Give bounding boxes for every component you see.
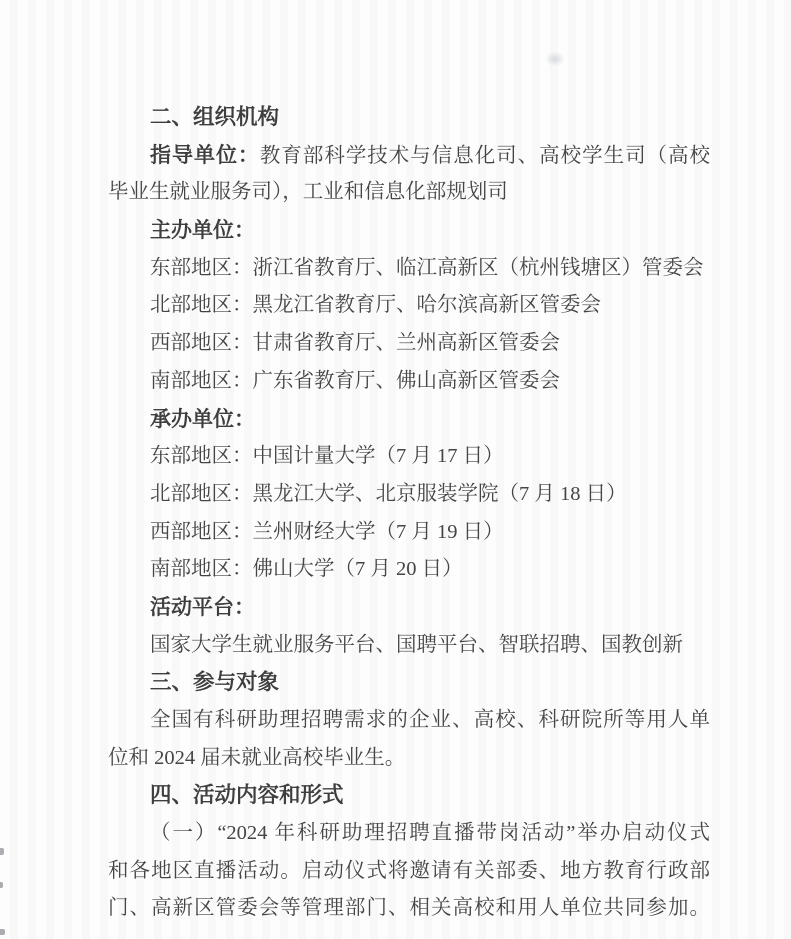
scanned-document-page: 二、组织机构 指导单位：教育部科学技术与信息化司、高校学生司（高校 毕业生就业服… xyxy=(0,0,791,939)
section-heading-organization: 二、组织机构 xyxy=(108,99,710,137)
host-units-label-line: 主办单位： xyxy=(108,212,710,250)
document-body: 二、组织机构 指导单位：教育部科学技术与信息化司、高校学生司（高校 毕业生就业服… xyxy=(108,99,710,928)
section-heading-participants: 三、参与对象 xyxy=(108,664,710,702)
guiding-units-label: 指导单位： xyxy=(150,144,260,167)
participants-line-2: 位和 2024 届未就业高校毕业生。 xyxy=(108,740,710,778)
organizer-units-label-line: 承办单位： xyxy=(108,401,710,439)
guiding-units-text: 教育部科学技术与信息化司、高校学生司（高校 xyxy=(260,145,710,167)
guiding-units-line-2: 毕业生就业服务司），工业和信息化部规划司 xyxy=(108,174,710,212)
scan-smudge-artifact xyxy=(546,52,564,66)
participants-line-1: 全国有科研助理招聘需求的企业、高校、科研院所等用人单 xyxy=(108,702,710,740)
host-units-label: 主办单位： xyxy=(150,219,255,242)
activity-line-1: （一）“2024 年科研助理招聘直播带岗活动”举办启动仪式 xyxy=(108,815,710,853)
platform-label: 活动平台： xyxy=(150,596,255,619)
platform-list-line: 国家大学生就业服务平台、国聘平台、智联招聘、国教创新 xyxy=(108,627,710,665)
host-north-line: 北部地区：黑龙江省教育厅、哈尔滨高新区管委会 xyxy=(108,287,710,325)
guiding-units-line-1: 指导单位：教育部科学技术与信息化司、高校学生司（高校 xyxy=(108,137,710,175)
section-heading-activities: 四、活动内容和形式 xyxy=(108,777,710,815)
scan-edge-speck xyxy=(0,848,4,855)
scan-edge-speck xyxy=(0,882,3,888)
host-east-line: 东部地区：浙江省教育厅、临江高新区（杭州钱塘区）管委会 xyxy=(108,250,710,288)
platform-label-line: 活动平台： xyxy=(108,589,710,627)
organizer-east-line: 东部地区：中国计量大学（7 月 17 日） xyxy=(108,438,710,476)
host-south-line: 南部地区：广东省教育厅、佛山高新区管委会 xyxy=(108,363,710,401)
organizer-west-line: 西部地区：兰州财经大学（7 月 19 日） xyxy=(108,514,710,552)
activity-line-3: 门、高新区管委会等管理部门、相关高校和用人单位共同参加。 xyxy=(108,890,710,928)
organizer-units-label: 承办单位： xyxy=(150,408,255,431)
organizer-south-line: 南部地区：佛山大学（7 月 20 日） xyxy=(108,551,710,589)
organizer-north-line: 北部地区：黑龙江大学、北京服装学院（7 月 18 日） xyxy=(108,476,710,514)
host-west-line: 西部地区：甘肃省教育厅、兰州高新区管委会 xyxy=(108,325,710,363)
activity-line-2: 和各地区直播活动。启动仪式将邀请有关部委、地方教育行政部 xyxy=(108,853,710,891)
scan-edge-speck xyxy=(0,929,5,935)
